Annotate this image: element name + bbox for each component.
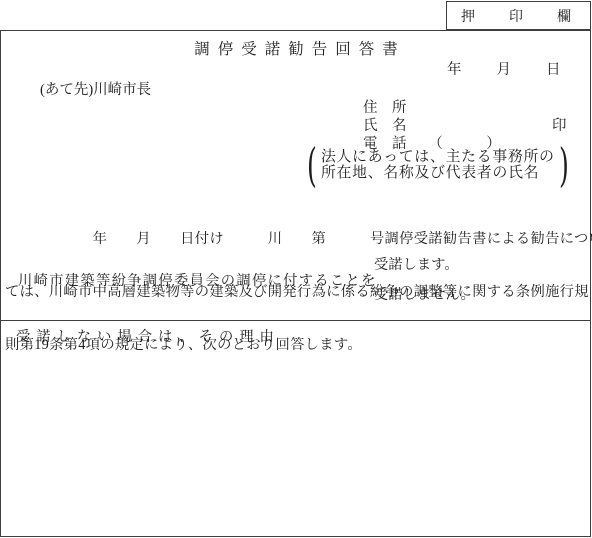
- mediation-acceptance-response-form: 押印欄 調停受諾勧告回答書 年月日 (あて先)川崎市長 住 所 氏 名 印 電 …: [0, 0, 592, 538]
- form-title: 調停受諾勧告回答書: [0, 41, 592, 60]
- corporate-note-line1: 法人にあっては、主たる事務所の: [321, 149, 555, 166]
- reason-section-label: 受諾しない場合は、その理由: [16, 329, 280, 346]
- seal-column-label: 押印欄: [461, 6, 592, 26]
- name-label: 氏 名: [363, 118, 407, 135]
- option-decline: 受諾しません。: [374, 287, 475, 304]
- corporate-note-line2: 所在地、名称及び代表者の氏名: [321, 165, 555, 182]
- option-accept: 受諾します。: [374, 257, 459, 274]
- corporate-note: ( 法人にあっては、主たる事務所の 所在地、名称及び代表者の氏名 ): [303, 148, 573, 182]
- seal-column-box: 押印欄: [446, 1, 591, 30]
- acceptance-statement: 川崎市建築等紛争調停委員会の調停に付することを: [18, 273, 377, 290]
- corporate-note-text: 法人にあっては、主たる事務所の 所在地、名称及び代表者の氏名: [321, 149, 555, 182]
- address-label: 住 所: [363, 100, 407, 117]
- date-line: 年月日: [447, 62, 592, 79]
- addressee-label: (あて先)川崎市長: [40, 82, 151, 99]
- big-paren-left-icon: (: [307, 148, 317, 182]
- section-divider: [0, 320, 591, 321]
- body-line-1: 年 月 日付け 川 第 号調停受諾勧告書による勧告につい: [5, 230, 589, 249]
- body-paragraph: 年 月 日付け 川 第 号調停受諾勧告書による勧告につい ては、川崎市中高層建築…: [5, 196, 589, 389]
- seal-mark-label: 印: [552, 118, 567, 135]
- big-paren-right-icon: ): [559, 148, 569, 182]
